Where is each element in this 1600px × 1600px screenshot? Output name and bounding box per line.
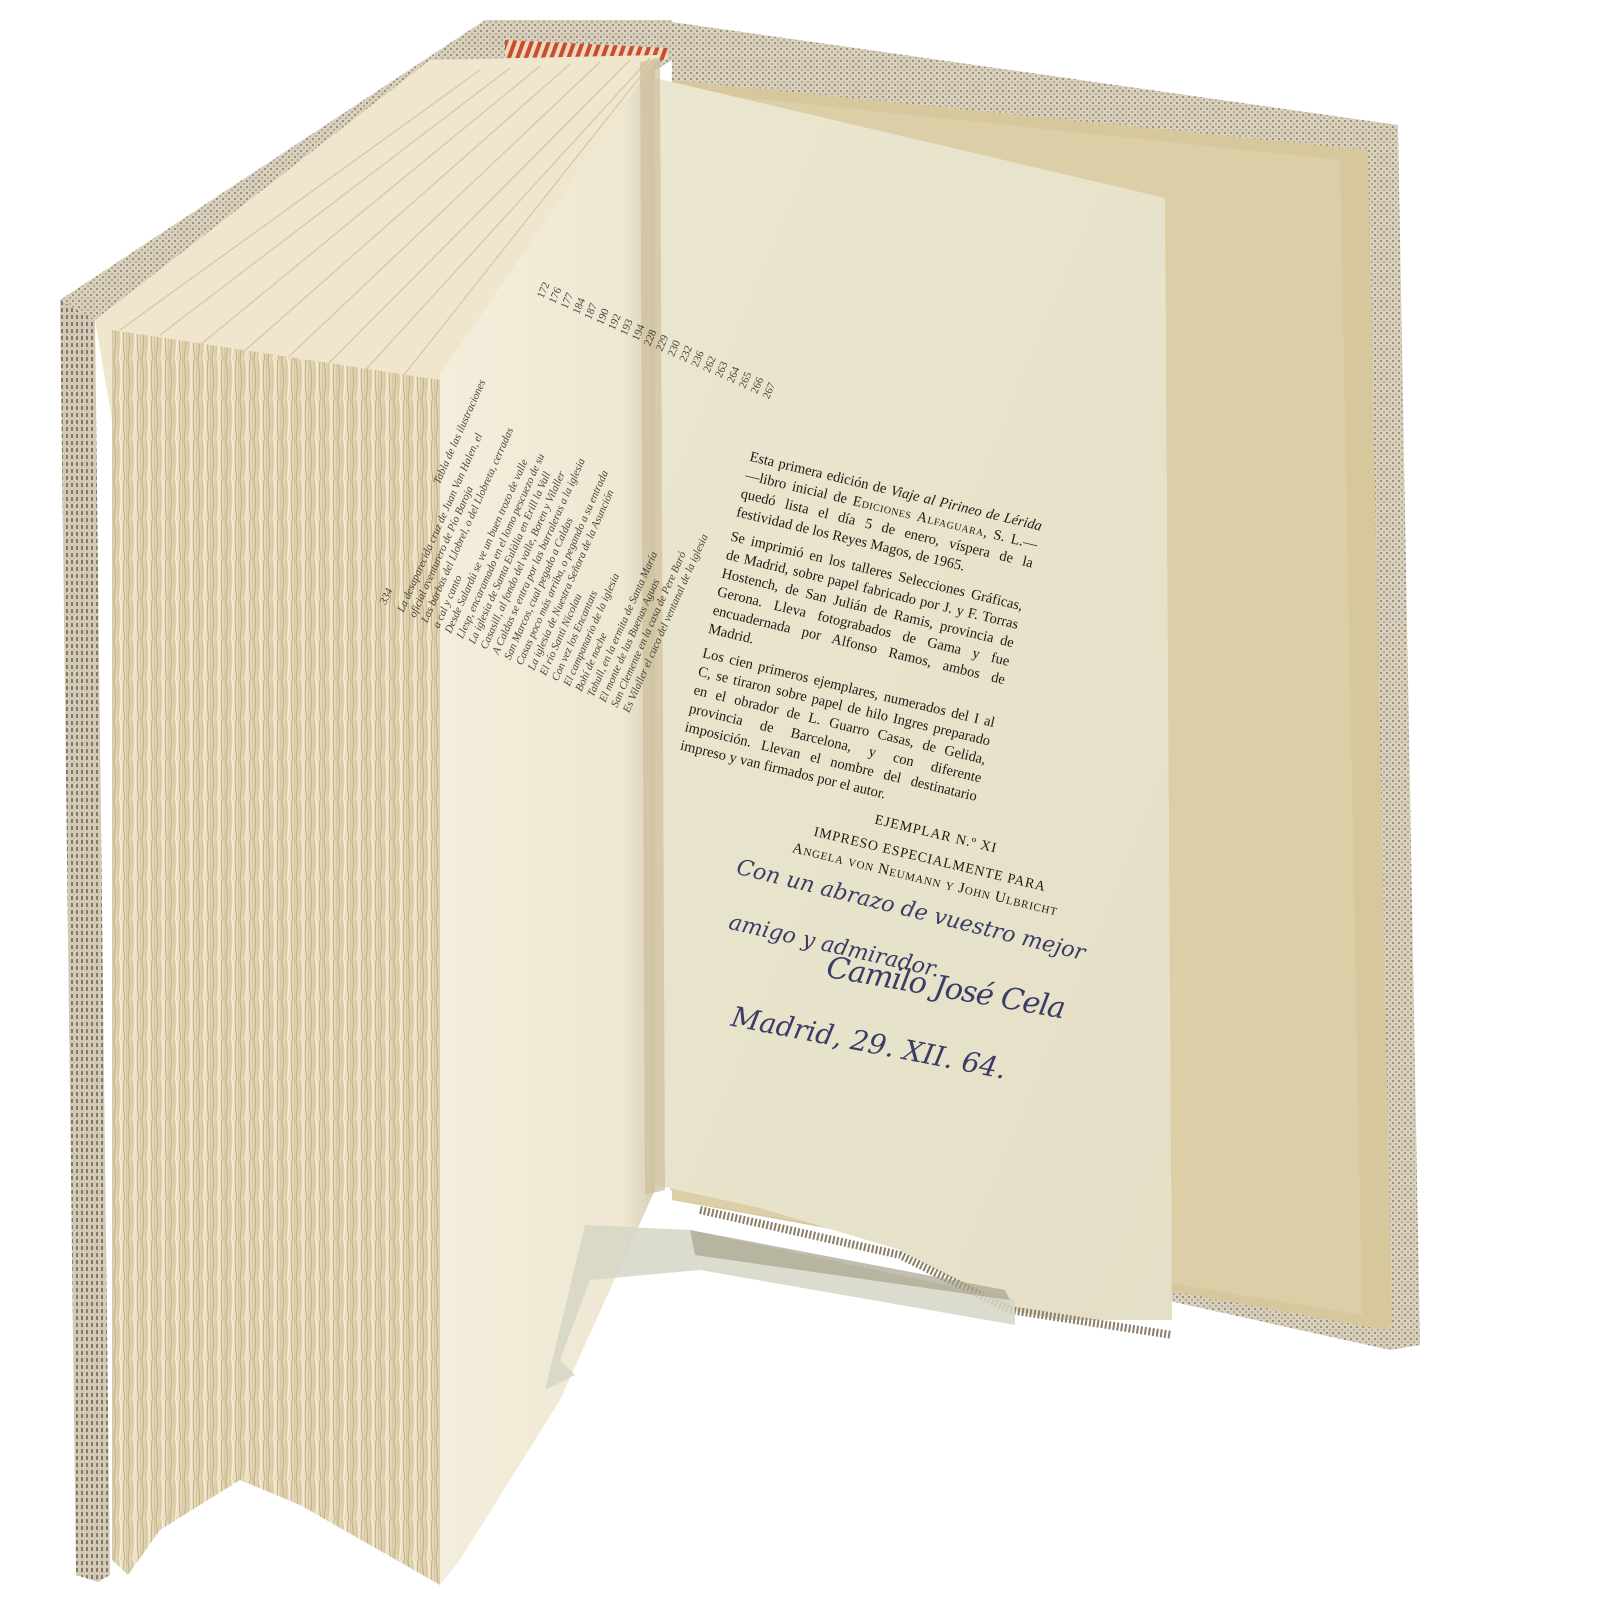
book-photo: 334 Tabla de las ilustraciones La desapa…: [0, 0, 1600, 1600]
front-cover-edge: [60, 300, 110, 1582]
page-fore-edges: [112, 330, 440, 1585]
